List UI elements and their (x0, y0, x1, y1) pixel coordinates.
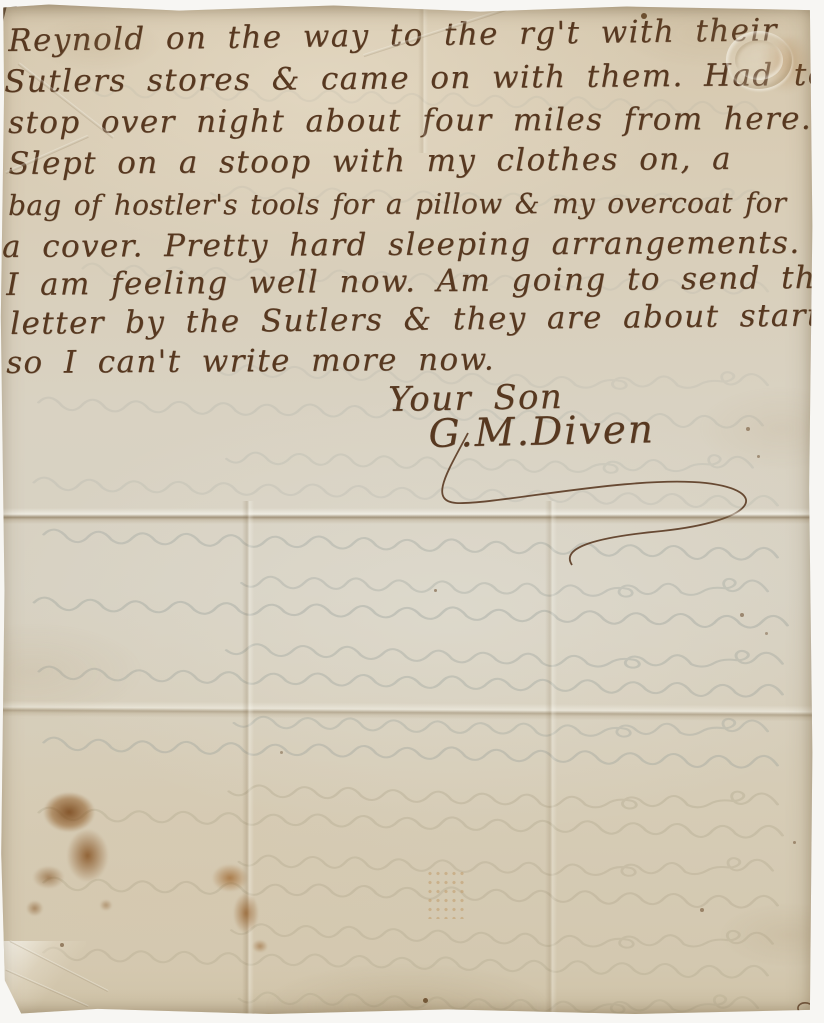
bleedthrough-line (30, 955, 770, 989)
bleedthrough-line (25, 674, 785, 708)
stain-speck (60, 943, 64, 947)
letter-line: so I can't write more now. (6, 342, 495, 381)
pen-mark-bottom-right (792, 1001, 814, 1017)
corner-crease (10, 940, 109, 992)
letter-line: Reynold on the way to the rg't with thei… (8, 12, 778, 59)
ink-stain-medium (188, 845, 288, 955)
bleedthrough-line (45, 638, 785, 675)
stain-speck (740, 613, 744, 617)
letter-line: I am feeling well now. Am going to send … (6, 260, 824, 303)
signature-flourish (400, 423, 800, 583)
dot-grid-emboss (426, 869, 466, 919)
bleedthrough-line (50, 780, 780, 817)
letter-line: stop over night about four miles from he… (8, 101, 812, 141)
bleedthrough-line (60, 709, 770, 747)
stain-speck (280, 751, 283, 754)
bleedthrough-line (65, 848, 775, 885)
bleedthrough-line (30, 745, 780, 779)
pen-mark-top-left (0, 4, 17, 23)
bleedthrough-line (25, 815, 785, 849)
ink-stain-large (14, 775, 129, 930)
letter-line: letter by the Sutlers & they are about s… (10, 297, 824, 342)
bleedthrough-line (30, 885, 780, 919)
stain-speck (765, 632, 768, 635)
fold-crease-horizontal-2 (0, 701, 814, 722)
scan-background: { "document": { "kind": "Handwritten let… (0, 0, 824, 1023)
bleedthrough-line (70, 986, 760, 1022)
letter-line: Sutlers stores & came on with them. Had … (4, 57, 824, 100)
bleedthrough-line (20, 605, 790, 639)
stain-speck (423, 998, 428, 1003)
stain-speck (434, 589, 437, 592)
letter-line: a cover. Pretty hard sleeping arrangemen… (2, 225, 801, 265)
bleedthrough-line (55, 918, 775, 955)
stain-speck (793, 841, 796, 844)
stain-speck (700, 908, 704, 912)
corner-crease (5, 969, 88, 1007)
corner-wear-bottom-left (0, 941, 86, 1019)
letter-line: bag of hostler's tools for a pillow & my… (8, 186, 786, 222)
fold-crease-vertical-1 (242, 501, 254, 1016)
letter-paper: Reynold on the way to the rg't with thei… (0, 3, 814, 1016)
letter-line: Slept on a stoop with my clothes on, a (8, 141, 732, 182)
